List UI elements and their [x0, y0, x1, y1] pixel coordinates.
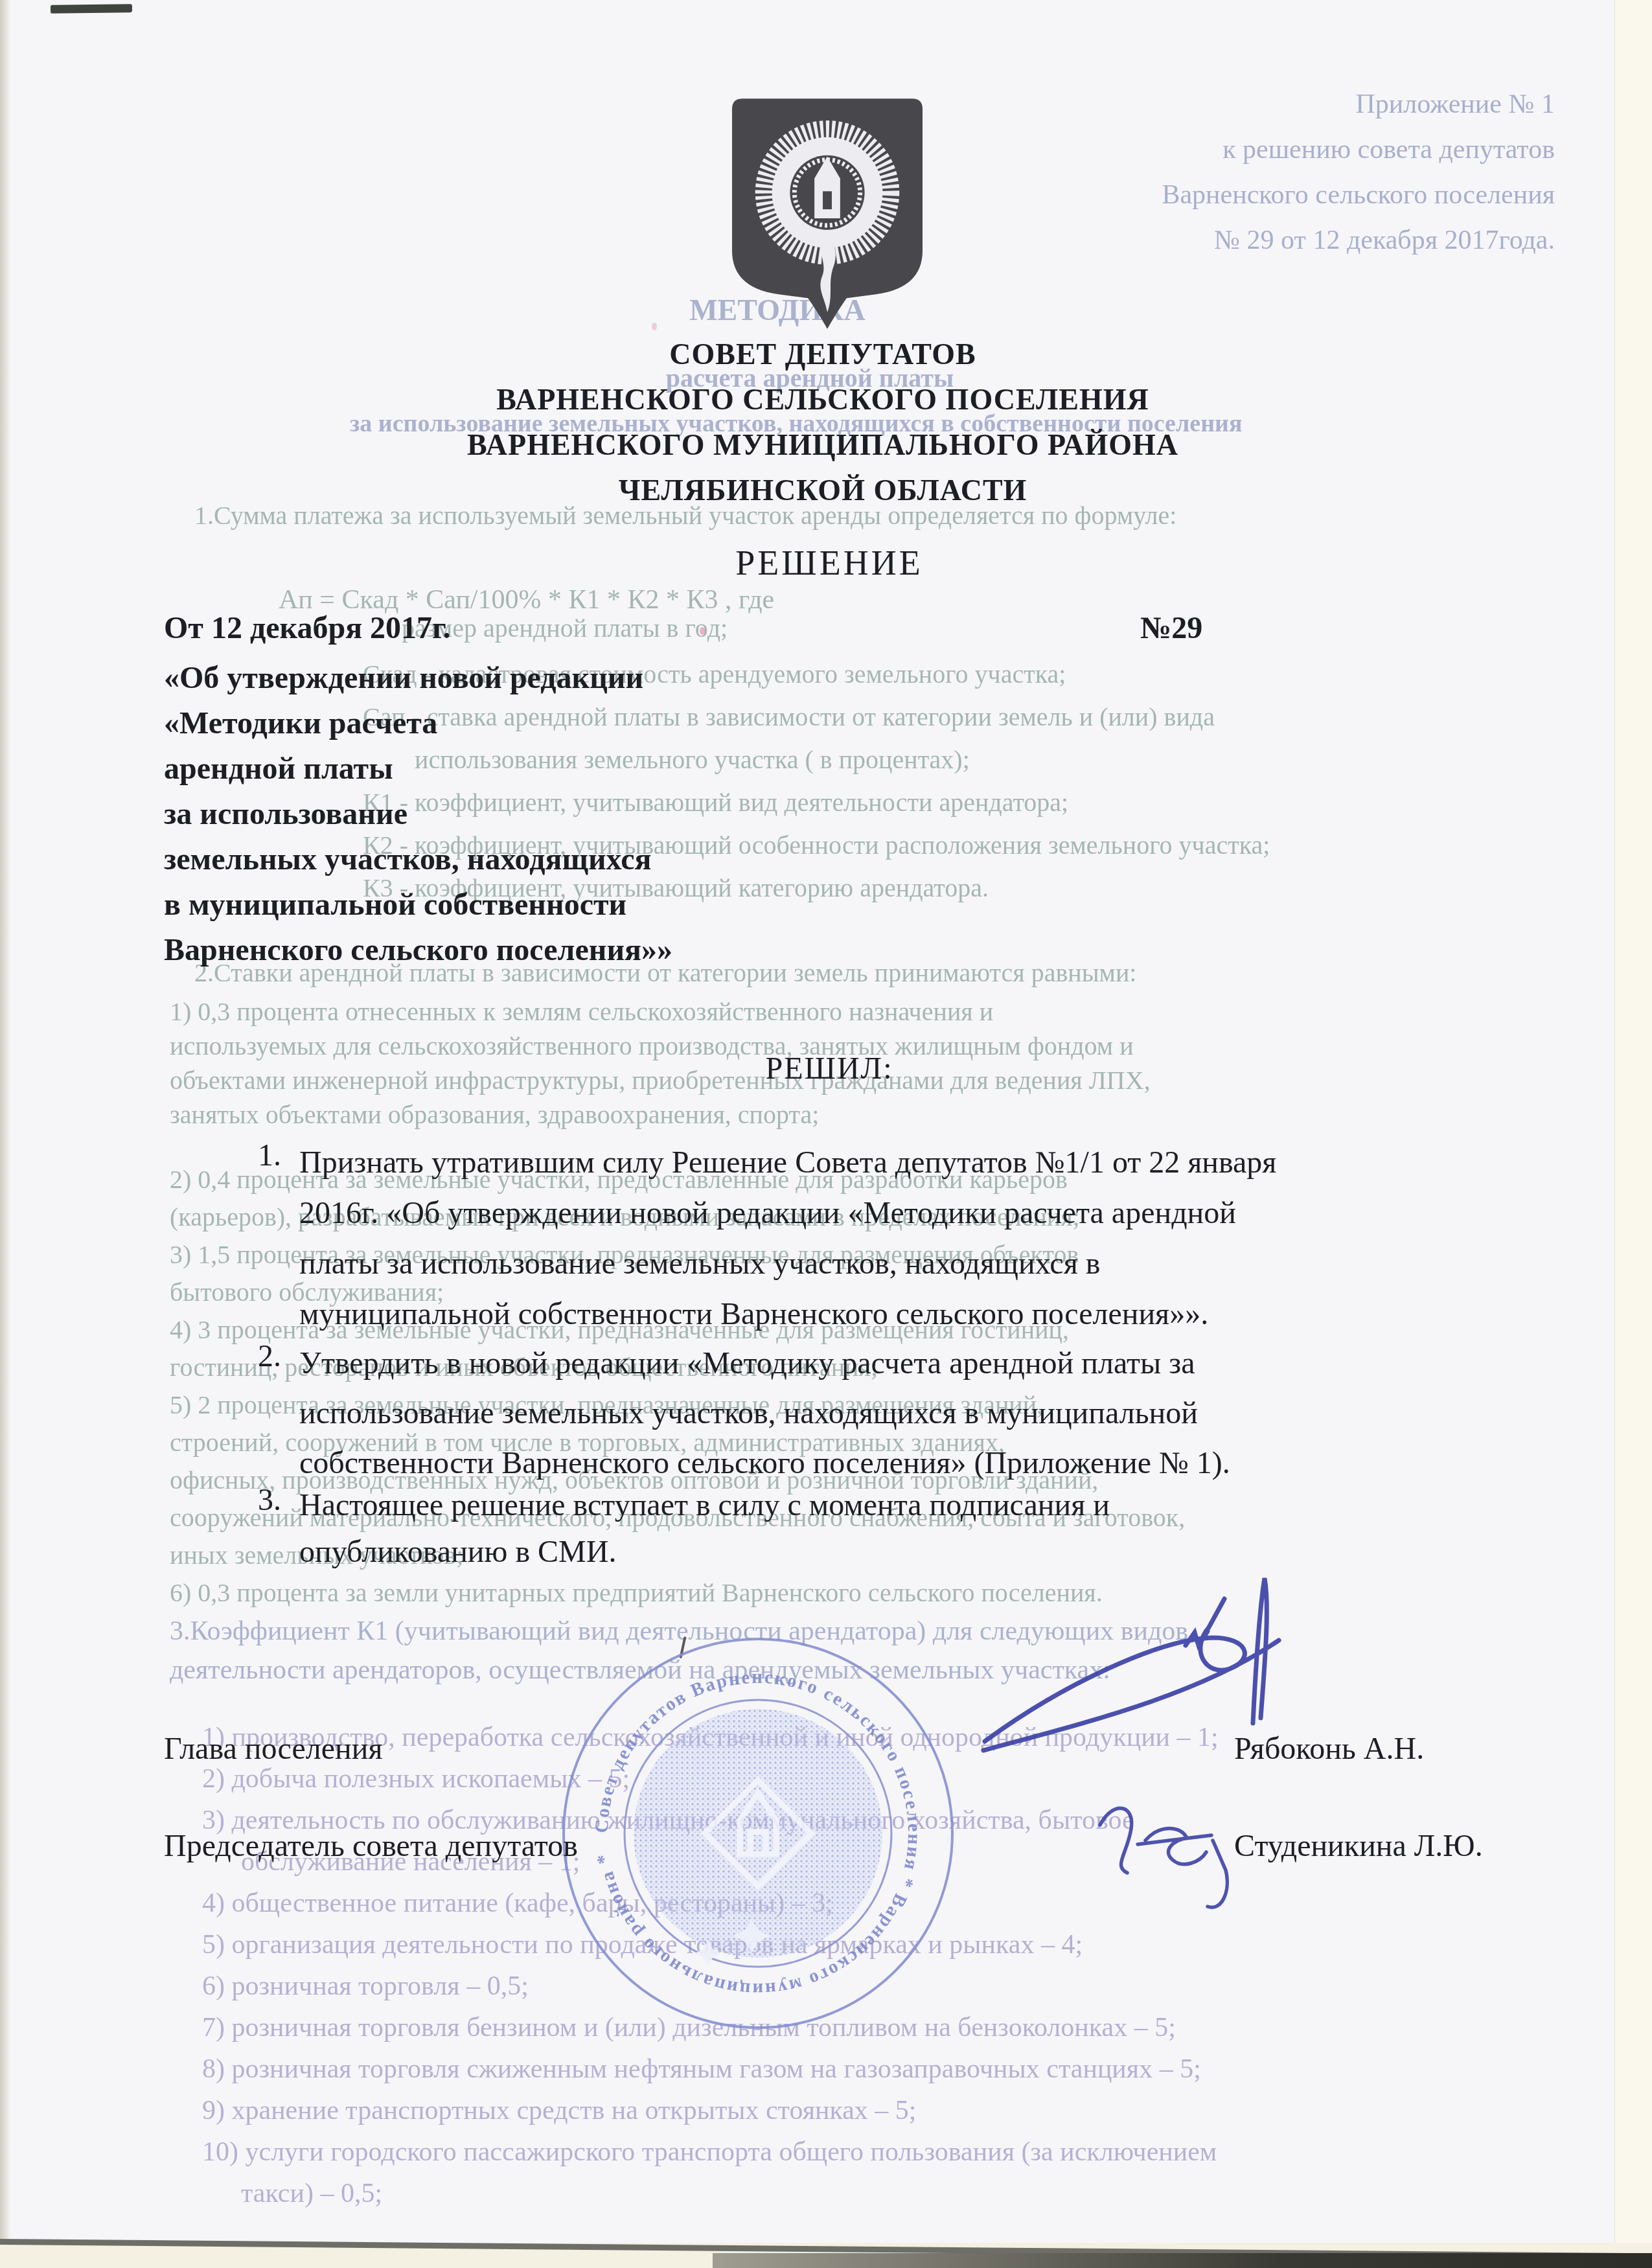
document-title: «Об утверждении новой редакции«Методики …	[164, 656, 672, 973]
text-line: 9) хранение транспортных средств на откр…	[202, 2090, 1219, 2131]
org-name-line-2: ВАРНЕНСКОГО СЕЛЬСКОГО ПОСЕЛЕНИЯ	[253, 382, 1393, 417]
item-number: 1.	[258, 1138, 299, 1340]
text-line: Варненского сельского поселения	[952, 172, 1555, 218]
handwritten-signature-chairman	[1075, 1778, 1270, 1927]
signature-name-chairman: Студеникина Л.Ю.	[1234, 1828, 1483, 1864]
text-line: платы за использование земельных участко…	[299, 1239, 1276, 1289]
item-text: Настоящее решение вступает в силу с моме…	[299, 1482, 1110, 1575]
coat-of-arms-emblem	[731, 97, 924, 336]
text-line: использование земельных участков, находя…	[299, 1388, 1230, 1438]
text-line: земельных участков, находящихся	[164, 837, 672, 882]
item-number: 2.	[258, 1338, 299, 1488]
item-text: Признать утратившим силу Решение Совета …	[299, 1138, 1276, 1340]
official-round-stamp: Совет депутатов Варненского сельского по…	[551, 1626, 965, 2041]
item-text: Утвердить в новой редакции «Методику рас…	[299, 1338, 1230, 1488]
text-line: 10) услуги городского пассажирского тран…	[202, 2131, 1219, 2173]
text-line: Варненского сельского поселения»»	[164, 928, 672, 973]
text-line: Настоящее решение вступает в силу с моме…	[299, 1482, 1110, 1529]
document-number: №29	[1140, 610, 1202, 646]
handwritten-signature-head	[972, 1568, 1335, 1775]
stamp-graphic: Совет депутатов Варненского сельского по…	[551, 1626, 965, 2041]
signature-role-chairman: Председатель совета депутатов	[164, 1828, 578, 1864]
text-line: № 29 от 12 декабря 2017года.	[952, 218, 1555, 263]
resolution-item-1: 1. Признать утратившим силу Решение Сове…	[258, 1138, 1276, 1340]
pink-speck	[700, 627, 705, 635]
text-line: 2016г. «Об утверждении новой редакции «М…	[299, 1188, 1276, 1239]
text-line: к решению совета депутатов	[952, 127, 1555, 172]
text-line: Приложение № 1	[952, 82, 1555, 127]
scan-left-edge	[0, 0, 10, 2268]
bleed-appendix-block: Приложение № 1к решению совета депутатов…	[952, 82, 1555, 263]
item-number: 3.	[258, 1482, 299, 1575]
text-line: Признать утратившим силу Решение Совета …	[299, 1138, 1276, 1188]
text-line: арендной платы	[164, 746, 672, 792]
resolution-item-3: 3. Настоящее решение вступает в силу с м…	[258, 1482, 1110, 1575]
text-line: занятых объектами образования, здравоохр…	[170, 1097, 1151, 1132]
org-name-line-4: ЧЕЛЯБИНСКОЙ ОБЛАСТИ	[253, 473, 1393, 507]
text-line: такси) – 0,5;	[202, 2173, 1219, 2214]
text-line: 8) розничная торговля сжиженным нефтяным…	[202, 2048, 1219, 2090]
text-line: «Методики расчета	[164, 701, 672, 746]
text-line: 1) 0,3 процента отнесенных к землям сель…	[170, 994, 1151, 1029]
text-line: муниципальной собственности Варненского …	[299, 1289, 1276, 1340]
text-line: «Об утверждении новой редакции	[164, 656, 672, 701]
org-name-line-1: СОВЕТ ДЕПУТАТОВ	[253, 337, 1393, 371]
resolved-heading: РЕШИЛ:	[259, 1051, 1399, 1086]
text-line: собственности Варненского сельского посе…	[299, 1438, 1230, 1488]
text-line: Утвердить в новой редакции «Методику рас…	[299, 1338, 1230, 1388]
text-line: за использование	[164, 792, 672, 837]
text-line: в муниципальной собственности	[164, 882, 672, 928]
pink-speck	[652, 323, 657, 330]
staple-mark	[51, 4, 132, 14]
document-date: От 12 декабря 2017г.	[164, 610, 450, 646]
signature-role-head: Глава поселения	[164, 1731, 383, 1767]
scan-bottom-shadow	[713, 2253, 1652, 2268]
document-type-heading: РЕШЕНИЕ	[259, 543, 1399, 583]
scan-right-strip	[1614, 0, 1652, 2268]
resolution-item-2: 2. Утвердить в новой редакции «Методику …	[258, 1338, 1230, 1488]
scanned-document-page: { "header": { "org_lines": ["СОВЕТ ДЕПУТ…	[0, 0, 1652, 2268]
org-name-line-3: ВАРНЕНСКОГО МУНИЦИПАЛЬНОГО РАЙОНА	[253, 428, 1393, 462]
